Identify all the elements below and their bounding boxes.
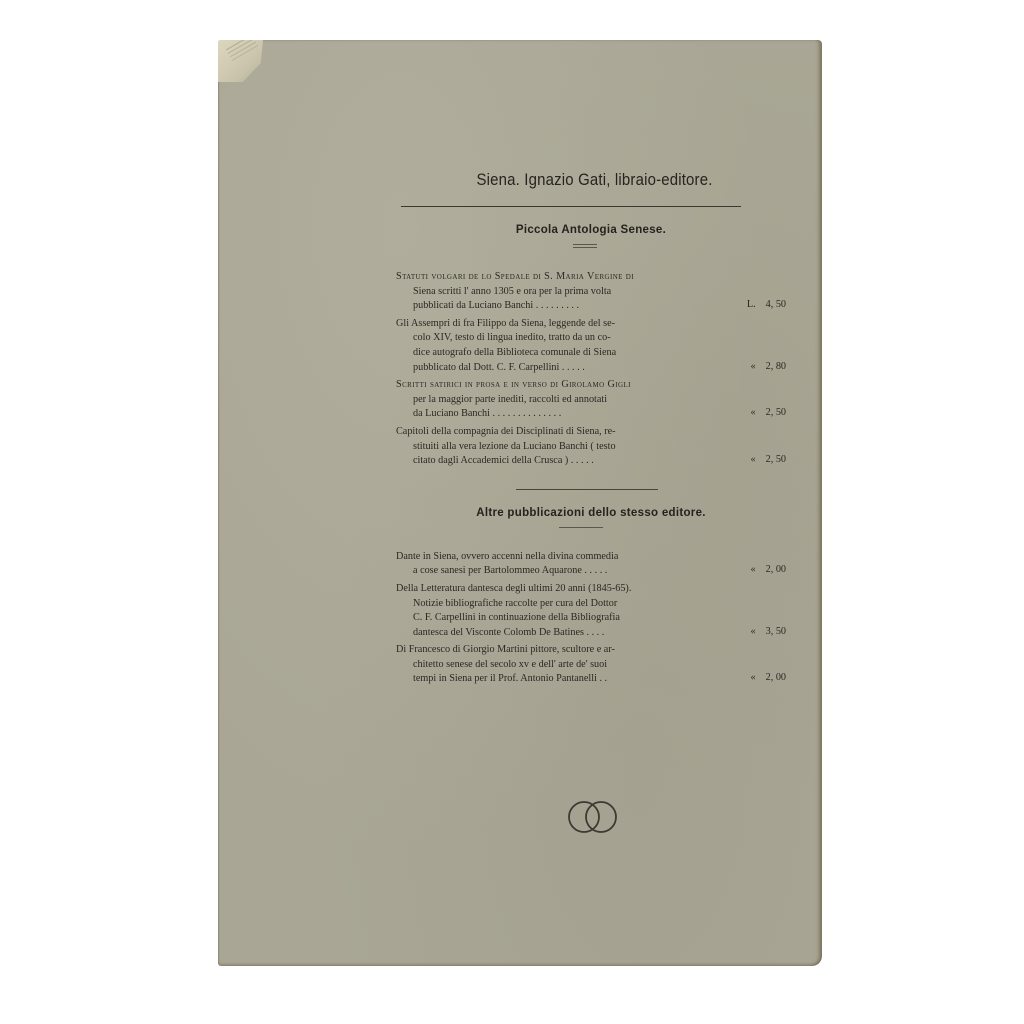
heading-rule	[401, 206, 741, 207]
section-title-altre: Altre pubblicazioni dello stesso editore…	[396, 507, 786, 519]
entry-line: Siena scritti l' anno 1305 e ora per la …	[396, 285, 786, 300]
entry-line: Di Francesco di Giorgio Martini pittore,…	[396, 643, 786, 658]
entry-line: Capitoli della compagnia dei Disciplinat…	[396, 425, 786, 440]
entry-line: stituiti alla vera lezione da Luciano Ba…	[396, 440, 786, 455]
section-divider-rule	[516, 489, 658, 490]
entry-line: per la maggior parte inediti, raccolti e…	[396, 393, 786, 408]
list-item: Statuti volgari de lo Spedale di S. Mari…	[396, 270, 786, 314]
single-rule-ornament	[559, 527, 603, 528]
entry-line: dantesca del Visconte Colomb De Batines …	[396, 626, 786, 641]
entry-price: «2, 00	[751, 563, 786, 578]
section-antologia-entries: Statuti volgari de lo Spedale di S. Mari…	[396, 270, 786, 469]
entry-line: da Luciano Banchi . . . . . . . . . . . …	[396, 407, 786, 422]
entry-line: Scritti satirici in prosa e in verso di …	[396, 378, 786, 393]
publisher-catalogue: Siena. Ignazio Gati, libraio-editore. Pi…	[396, 170, 786, 690]
interlocking-rings-icon	[563, 798, 623, 836]
section-title-antologia: Piccola Antologia Senese.	[396, 224, 786, 236]
entry-line: Dante in Siena, ovvero accenni nella div…	[396, 550, 786, 565]
list-item: Di Francesco di Giorgio Martini pittore,…	[396, 643, 786, 687]
entry-line: Gli Assempri di fra Filippo da Siena, le…	[396, 317, 786, 332]
entry-price: «2, 00	[751, 671, 786, 686]
entry-line: pubblicato dal Dott. C. F. Carpellini . …	[396, 361, 786, 376]
entry-line: colo XIV, testo di lingua inedito, tratt…	[396, 331, 786, 346]
entry-price: «2, 50	[751, 406, 786, 421]
list-item: Dante in Siena, ovvero accenni nella div…	[396, 550, 786, 579]
entry-line: dice autografo della Biblioteca comunale…	[396, 346, 786, 361]
entry-line: citato dagli Accademici della Crusca ) .…	[396, 454, 786, 469]
entry-price: «2, 50	[751, 453, 786, 468]
publisher-heading: Siena. Ignazio Gati, libraio-editore.	[419, 170, 762, 190]
entry-price: «2, 80	[751, 360, 786, 375]
entry-line: Statuti volgari de lo Spedale di S. Mari…	[396, 270, 786, 285]
entry-line: C. F. Carpellini in continuazione della …	[396, 611, 786, 626]
entry-price: «3, 50	[751, 625, 786, 640]
entry-line: a cose sanesi per Bartolommeo Aquarone .…	[396, 564, 786, 579]
list-item: Capitoli della compagnia dei Disciplinat…	[396, 425, 786, 469]
entry-line: Della Letteratura dantesca degli ultimi …	[396, 582, 786, 597]
entry-line: Notizie bibliografiche raccolte per cura…	[396, 597, 786, 612]
list-item: Scritti satirici in prosa e in verso di …	[396, 378, 786, 422]
section-altre-entries: Dante in Siena, ovvero accenni nella div…	[396, 550, 786, 687]
entry-line: pubblicati da Luciano Banchi . . . . . .…	[396, 299, 786, 314]
entry-line: chitetto senese del secolo xv e dell' ar…	[396, 658, 786, 673]
list-item: Gli Assempri di fra Filippo da Siena, le…	[396, 317, 786, 375]
booklet-back-cover: Siena. Ignazio Gati, libraio-editore. Pi…	[218, 40, 822, 966]
double-rule-ornament	[573, 244, 597, 248]
entry-line: tempi in Siena per il Prof. Antonio Pant…	[396, 672, 786, 687]
entry-price: L.4, 50	[747, 298, 786, 313]
list-item: Della Letteratura dantesca degli ultimi …	[396, 582, 786, 640]
folded-corner	[218, 40, 263, 82]
